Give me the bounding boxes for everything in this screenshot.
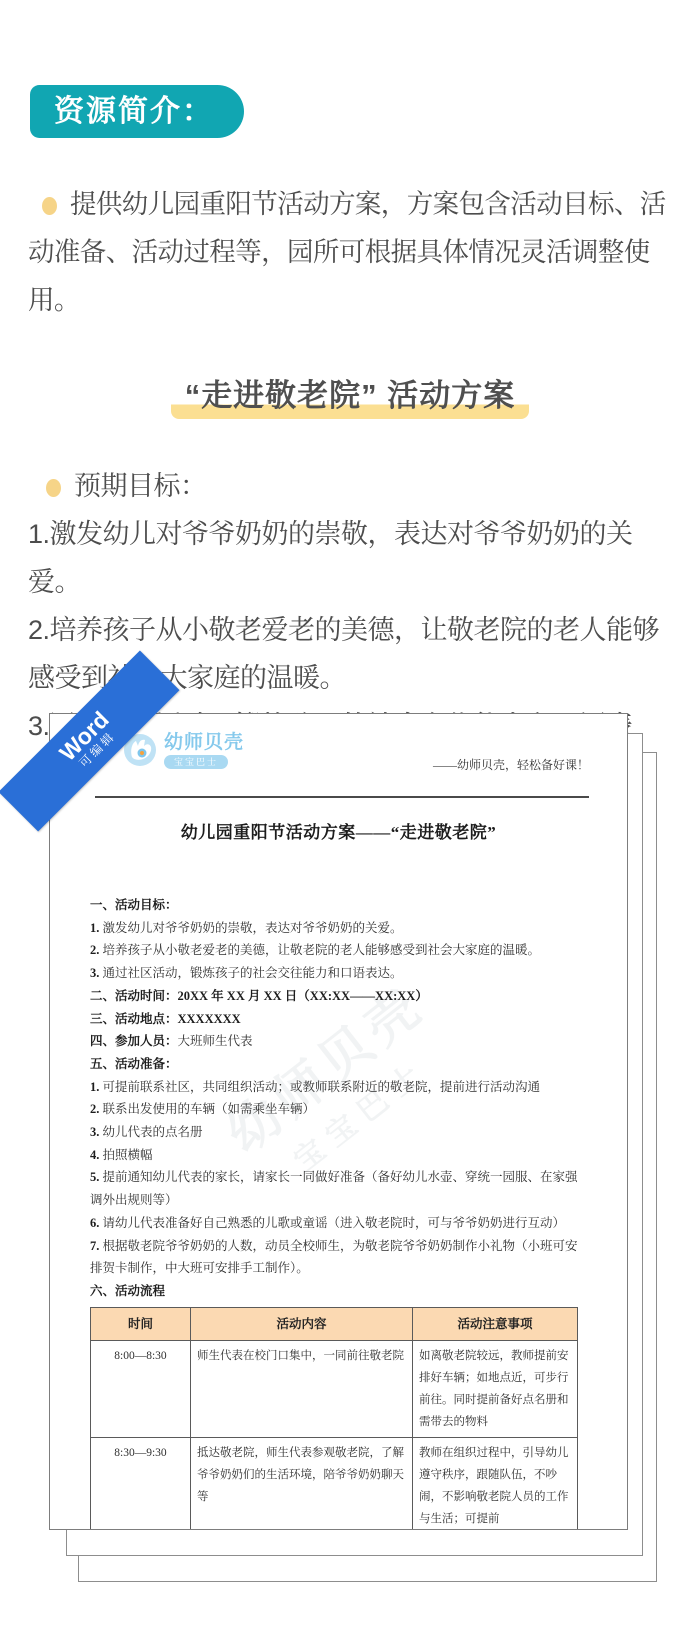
paragraph-text: 提前通知幼儿代表的家长，请家长一同做好准备（备好幼儿水壶、穿统一园服、在家强调外… (90, 1170, 578, 1207)
document-title: 幼儿园重阳节活动方案——“走进敬老院” (50, 818, 627, 843)
brand-logo: 幼师贝壳 宝宝巴士 (122, 732, 244, 769)
paragraph-text: 培养孩子从小敬老爱老的美德，让敬老院的老人能够感受到社会大家庭的温暖。 (99, 943, 540, 957)
goal-label-line: 预期目标： (28, 462, 683, 510)
document-paragraph: 2. 联系出发使用的车辆（如需乘坐车辆） (90, 1098, 582, 1121)
table-row: 8:30—9:30 抵达敬老院，师生代表参观敬老院，了解爷爷奶奶们的生活环境，陪… (91, 1438, 578, 1530)
document-paragraph: 三、活动地点：XXXXXXX (90, 1008, 582, 1031)
plan-heading-wrap: “走进敬老院” 活动方案 (0, 370, 700, 419)
paragraph-text: 激发幼儿对爷爷奶奶的崇敬，表达对爷爷奶奶的关爱。 (99, 921, 402, 935)
document-paragraph: 一、活动目标： (90, 894, 582, 917)
cell-note: 如离敬老院较远，教师提前安排好车辆；如地点近，可步行前往。同时提前备好点名册和需… (413, 1341, 578, 1438)
cell-content: 抵达敬老院，师生代表参观敬老院，了解爷爷奶奶们的生活环境，陪爷爷奶奶聊天等 (191, 1438, 413, 1530)
paragraph-text: 根据敬老院爷爷奶奶的人数，动员全校师生，为敬老院爷爷奶奶制作小礼物（小班可安排贺… (90, 1239, 578, 1276)
bullet-dot-icon (46, 479, 61, 497)
paragraph-label: 4. (90, 1148, 99, 1162)
brand-name: 幼师贝壳 (164, 732, 244, 754)
paragraph-label: 四、参加人员： (90, 1034, 178, 1048)
cell-time: 8:00—8:30 (91, 1341, 191, 1438)
header-slogan: ——幼师贝壳，轻松备好课！ (433, 756, 589, 773)
cell-time: 8:30—9:30 (91, 1438, 191, 1530)
paragraph-text: 幼儿代表的点名册 (99, 1125, 202, 1139)
document-page: 幼师贝壳 宝宝巴士 ——幼师贝壳，轻松备好课！ 幼儿园重阳节活动方案——“走进敬… (49, 713, 628, 1530)
paragraph-label: 2. (90, 1102, 99, 1116)
cell-content: 师生代表在校门口集中，一同前往敬老院 (191, 1341, 413, 1438)
document-paragraph: 四、参加人员：大班师生代表 (90, 1030, 582, 1053)
paragraph-label: 1. (90, 921, 99, 935)
paragraph-text: 联系出发使用的车辆（如需乘坐车辆） (99, 1102, 315, 1116)
document-paragraph: 5. 提前通知幼儿代表的家长，请家长一同做好准备（备好幼儿水壶、穿统一园服、在家… (90, 1166, 582, 1211)
brand-badge: 宝宝巴士 (164, 755, 228, 769)
table-row: 8:00—8:30 师生代表在校门口集中，一同前往敬老院 如离敬老院较远，教师提… (91, 1341, 578, 1438)
intro-text: 提供幼儿园重阳节活动方案，方案包含活动目标、活动准备、活动过程等，园所可根据具体… (28, 189, 666, 315)
paragraph-text: 大班师生代表 (178, 1034, 253, 1048)
table-header-cell: 活动注意事项 (413, 1307, 578, 1341)
paragraph-label: 六、活动流程 (90, 1284, 165, 1298)
document-paragraph: 2. 培养孩子从小敬老爱老的美德，让敬老院的老人能够感受到社会大家庭的温暖。 (90, 939, 582, 962)
document-body: 一、活动目标：1. 激发幼儿对爷爷奶奶的崇敬，表达对爷爷奶奶的关爱。2. 培养孩… (90, 894, 582, 1530)
document-preview: 幼师贝壳 宝宝巴士 ——幼师贝壳，轻松备好课！ 幼儿园重阳节活动方案——“走进敬… (49, 713, 661, 1583)
paragraph-label: 一、活动目标： (90, 898, 178, 912)
document-paragraph: 1. 激发幼儿对爷爷奶奶的崇敬，表达对爷爷奶奶的关爱。 (90, 917, 582, 940)
cell-note: 教师在组织过程中，引导幼儿遵守秩序，跟随队伍，不吵闹，不影响敬老院人员的工作与生… (413, 1438, 578, 1530)
plan-title: “走进敬老院” 活动方案 (171, 370, 530, 419)
paragraph-label: 3. (90, 966, 99, 980)
paragraph-text: 拍照横幅 (99, 1148, 152, 1162)
paragraph-text: 请幼儿代表准备好自己熟悉的儿歌或童谣（进入敬老院时，可与爷爷奶奶进行互动） (99, 1216, 565, 1230)
table-header-cell: 时间 (91, 1307, 191, 1341)
paragraph-label: 6. (90, 1216, 99, 1230)
paragraph-label: 7. (90, 1239, 99, 1253)
document-paragraph: 二、活动时间：20XX 年 XX 月 XX 日（XX:XX——XX:XX） (90, 985, 582, 1008)
paragraph-label: 二、活动时间：20XX 年 XX 月 XX 日（XX:XX——XX:XX） (90, 989, 428, 1003)
section-badge-resource-intro: 资源简介： (30, 85, 244, 138)
document-paragraph: 7. 根据敬老院爷爷奶奶的人数，动员全校师生，为敬老院爷爷奶奶制作小礼物（小班可… (90, 1235, 582, 1280)
activity-flow-table: 时间活动内容活动注意事项 8:00—8:30 师生代表在校门口集中，一同前往敬老… (90, 1307, 578, 1530)
document-paragraph: 4. 拍照横幅 (90, 1144, 582, 1167)
paragraph-text: 可提前联系社区，共同组织活动；或教师联系附近的敬老院，提前进行活动沟通 (99, 1080, 540, 1094)
paragraph-label: 3. (90, 1125, 99, 1139)
paragraph-text: 通过社区活动，锻炼孩子的社会交往能力和口语表达。 (99, 966, 402, 980)
document-paragraph: 六、活动流程 (90, 1280, 582, 1303)
paragraph-label: 三、活动地点：XXXXXXX (90, 1012, 241, 1026)
goal-item: 1.激发幼儿对爷爷奶奶的崇敬，表达对爷爷奶奶的关爱。 (28, 510, 683, 606)
document-paragraph: 五、活动准备： (90, 1053, 582, 1076)
intro-paragraph: 提供幼儿园重阳节活动方案，方案包含活动目标、活动准备、活动过程等，园所可根据具体… (28, 180, 678, 324)
table-header-cell: 活动内容 (191, 1307, 413, 1341)
goal-label: 预期目标： (74, 471, 207, 501)
document-paragraph: 3. 幼儿代表的点名册 (90, 1121, 582, 1144)
document-paragraph: 6. 请幼儿代表准备好自己熟悉的儿歌或童谣（进入敬老院时，可与爷爷奶奶进行互动） (90, 1212, 582, 1235)
bullet-dot-icon (42, 197, 57, 215)
paragraph-label: 5. (90, 1170, 99, 1184)
document-paragraph: 1. 可提前联系社区，共同组织活动；或教师联系附近的敬老院，提前进行活动沟通 (90, 1076, 582, 1099)
header-divider (95, 796, 589, 798)
paragraph-label: 1. (90, 1080, 99, 1094)
document-paragraph: 3. 通过社区活动，锻炼孩子的社会交往能力和口语表达。 (90, 962, 582, 985)
paragraph-label: 五、活动准备： (90, 1057, 178, 1071)
paragraph-label: 2. (90, 943, 99, 957)
